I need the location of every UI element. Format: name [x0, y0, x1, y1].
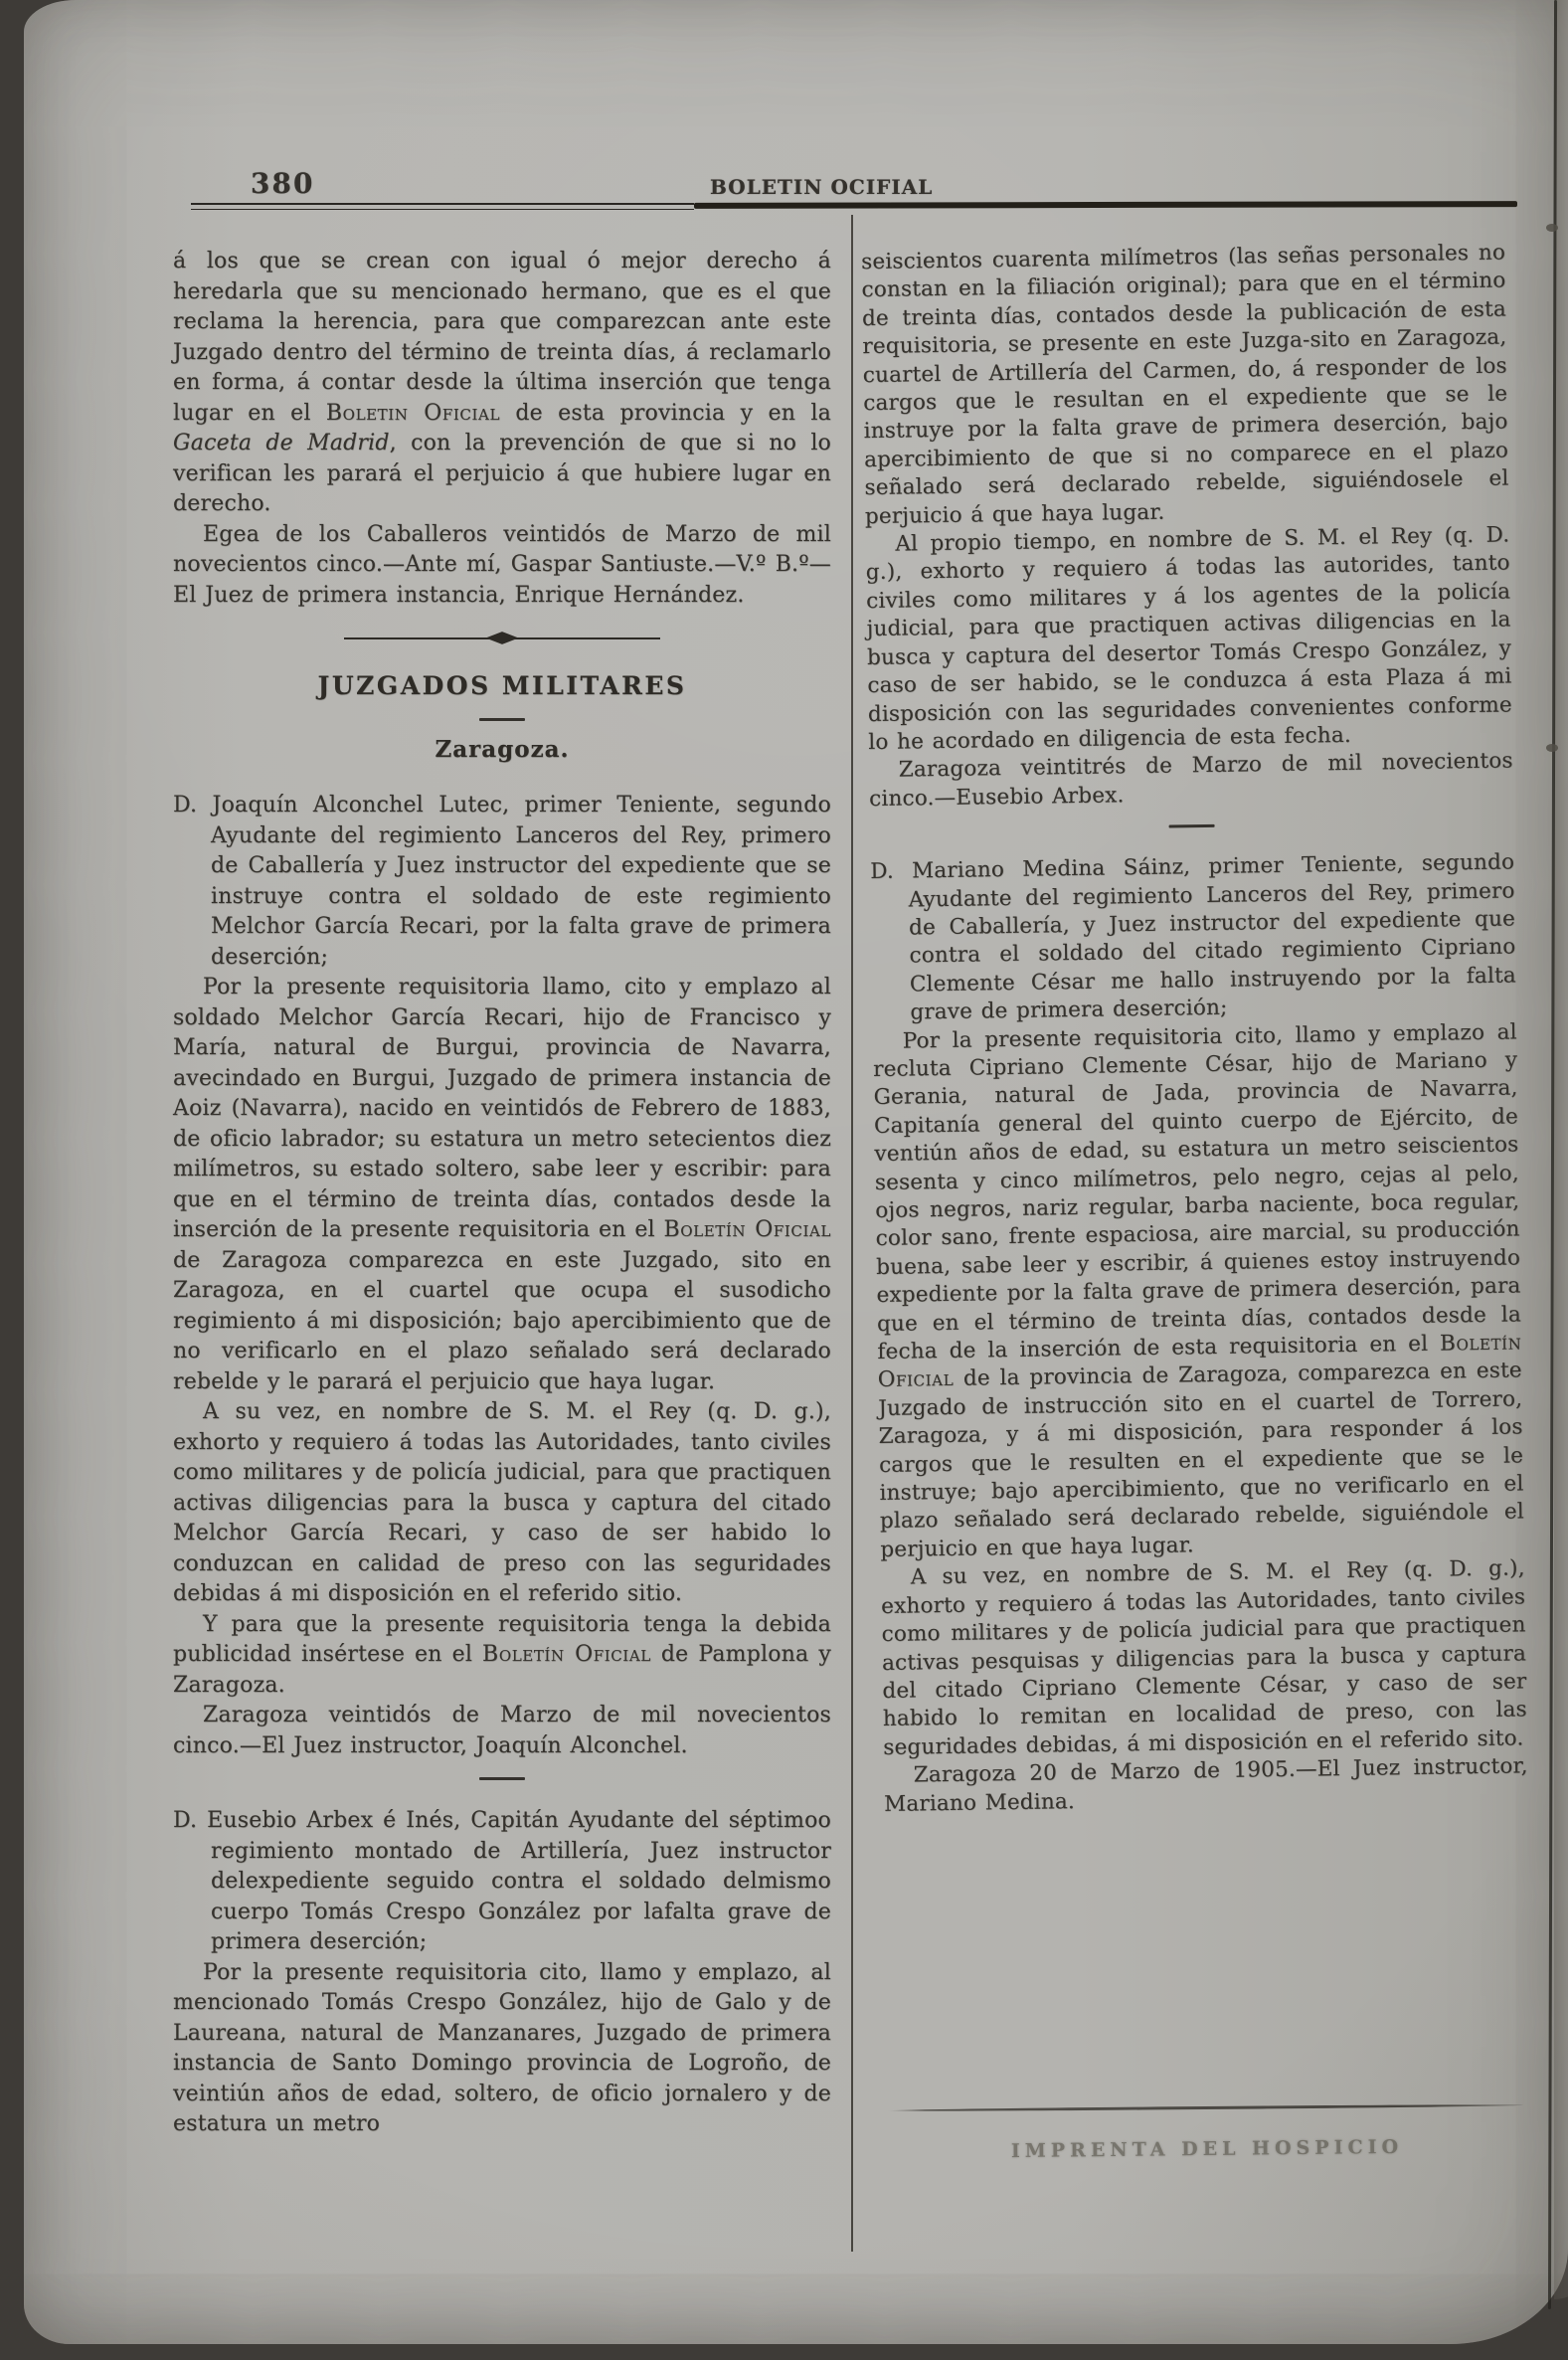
- text-run: de esta provincia y en la: [500, 401, 831, 426]
- italic-text: Gaceta de Madrid: [173, 431, 390, 455]
- dash-divider: [479, 718, 525, 721]
- notice-paragraph: D. Joaquín Alconchel Lutec, primer Tenie…: [173, 791, 831, 973]
- text-run: Al propio tiempo, en nombre de S. M. el …: [866, 523, 1512, 755]
- notice-paragraph: á los que se crean con igual ó mejor der…: [173, 247, 831, 520]
- notice-paragraph: Por la presente requisitoria cito, llamo…: [873, 1018, 1525, 1564]
- notice-paragraph: D. Eusebio Arbex é Inés, Capitán Ayudant…: [173, 1806, 831, 1958]
- notice-paragraph: Y para que la presente requisitoria teng…: [173, 1610, 831, 1702]
- text-run: Egea de los Caballeros veintidós de Marz…: [173, 522, 831, 608]
- text-run: A su vez, en nombre de S. M. el Rey (q. …: [881, 1556, 1527, 1760]
- dash-divider: [479, 1777, 525, 1780]
- binding-stitch-mark: [1546, 744, 1558, 752]
- notice-paragraph: Zaragoza 20 de Marzo de 1905.—El Juez in…: [884, 1752, 1529, 1818]
- text-run: Zaragoza veintidós de Marzo de mil novec…: [173, 1703, 831, 1758]
- page-number: 380: [251, 167, 314, 200]
- left-column: á los que se crean con igual ó mejor der…: [173, 247, 831, 2140]
- notice-paragraph: Por la presente requisitoria llamo, cito…: [173, 973, 831, 1397]
- text-run: á los que se crean con igual ó mejor der…: [173, 249, 831, 426]
- text-run: Por la presente requisitoria cito, llamo…: [173, 1960, 831, 2137]
- tapered-rule-divider: [344, 633, 660, 643]
- footer-rule: [887, 2103, 1523, 2112]
- text-run: A su vez, en nombre de S. M. el Rey (q. …: [173, 1399, 831, 1606]
- header-title: BOLETIN OCIFIAL: [710, 175, 909, 199]
- dash-divider: [1169, 824, 1215, 828]
- notice-paragraph: Egea de los Caballeros veintidós de Marz…: [173, 520, 831, 612]
- text-run: D. Joaquín Alconchel Lutec, primer Tenie…: [173, 793, 831, 970]
- scanned-bulletin-page: 380 BOLETIN OCIFIAL á los que se crean c…: [24, 0, 1568, 2344]
- header-rule-left: [191, 203, 694, 210]
- smallcaps-text: Boletin Oficial: [326, 401, 500, 426]
- notice-paragraph: Zaragoza veintidós de Marzo de mil novec…: [173, 1701, 831, 1761]
- section-heading: JUZGADOS MILITARES: [173, 671, 831, 702]
- text-run: seiscientos cuarenta milímetros (las señ…: [861, 240, 1509, 528]
- smallcaps-text: Boletín Oficial: [482, 1642, 651, 1667]
- column-divider-rule: [851, 215, 853, 2252]
- notice-paragraph: A su vez, en nombre de S. M. el Rey (q. …: [173, 1397, 831, 1610]
- header-rule-right: [694, 201, 1517, 209]
- notice-paragraph: Por la presente requisitoria cito, llamo…: [173, 1958, 831, 2140]
- text-run: D. Eusebio Arbex é Inés, Capitán Ayudant…: [173, 1808, 831, 1954]
- notice-paragraph: A su vez, en nombre de S. M. el Rey (q. …: [881, 1555, 1528, 1762]
- text-run: D. Mariano Medina Sáinz, primer Teniente…: [870, 850, 1516, 1025]
- binding-stitch-mark: [1546, 224, 1558, 232]
- text-run: Por la presente requisitoria cito, llamo…: [873, 1019, 1521, 1364]
- smallcaps-text: Boletín Oficial: [664, 1217, 832, 1242]
- text-run: Zaragoza veintitrés de Marzo de mil nove…: [869, 749, 1513, 812]
- right-column: seiscientos cuarenta milímetros (las señ…: [861, 239, 1528, 1818]
- section-subheading: Zaragoza.: [173, 735, 831, 766]
- notice-paragraph: seiscientos cuarenta milímetros (las señ…: [861, 239, 1509, 531]
- text-run: Por la presente requisitoria llamo, cito…: [173, 975, 831, 1242]
- notice-paragraph: D. Mariano Medina Sáinz, primer Teniente…: [870, 849, 1516, 1028]
- text-run: Zaragoza 20 de Marzo de 1905.—El Juez in…: [884, 1753, 1528, 1816]
- notice-paragraph: Zaragoza veintitrés de Marzo de mil nove…: [869, 748, 1514, 814]
- imprint-line: IMPRENTA DEL HOSPICIO: [909, 2135, 1505, 2163]
- notice-paragraph: Al propio tiempo, en nombre de S. M. el …: [865, 522, 1512, 758]
- text-run: de la provincia de Zaragoza, comparezca …: [878, 1359, 1524, 1562]
- text-run: de Zaragoza comparezca en este Juzgado, …: [173, 1248, 831, 1394]
